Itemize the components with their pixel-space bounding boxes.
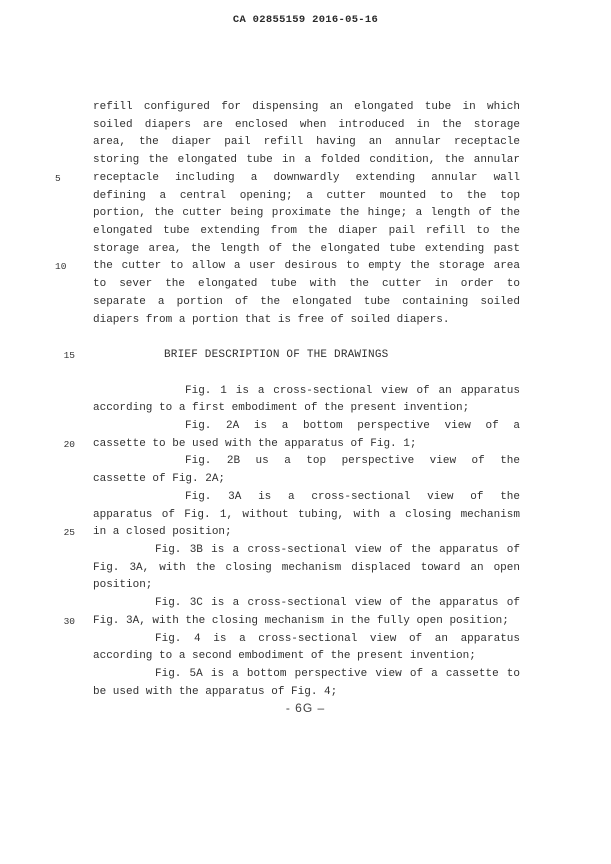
line-text: storage area, the length of the elongate… — [93, 243, 520, 255]
line-text: position; — [93, 579, 152, 591]
line-text: apparatus of Fig. 1, without tubing, wit… — [93, 509, 520, 521]
line-text: portion, the cutter being proximate the … — [93, 207, 520, 219]
blank-line — [93, 365, 520, 383]
line-number: 5 — [55, 170, 75, 188]
line-text: to sever the elongated tube with the cut… — [93, 278, 520, 290]
text-line: Fig. 5A is a bottom perspective view of … — [93, 666, 520, 684]
line-text: soiled diapers are enclosed when introdu… — [93, 119, 520, 131]
section-heading-line: 15BRIEF DESCRIPTION OF THE DRAWINGS — [93, 347, 520, 365]
text-line: defining a central opening; a cutter mou… — [93, 188, 520, 206]
text-line: according to a second embodiment of the … — [93, 648, 520, 666]
line-text: separate a portion of the elongated tube… — [93, 296, 520, 308]
line-text: in a closed position; — [93, 526, 232, 538]
text-line: storing the elongated tube in a folded c… — [93, 152, 520, 170]
line-text: according to a first embodiment of the p… — [93, 402, 469, 414]
text-line: according to a first embodiment of the p… — [93, 400, 520, 418]
text-line: area, the diaper pail refill having an a… — [93, 134, 520, 152]
text-line: soiled diapers are enclosed when introdu… — [93, 117, 520, 135]
line-text: diapers from a portion that is free of s… — [93, 314, 449, 326]
text-line: refill configured for dispensing an elon… — [93, 99, 520, 117]
text-line: 30Fig. 3A, with the closing mechanism in… — [93, 613, 520, 631]
text-line: 10the cutter to allow a user desirous to… — [93, 258, 520, 276]
text-line: portion, the cutter being proximate the … — [93, 205, 520, 223]
text-line: Fig. 1 is a cross-sectional view of an a… — [93, 383, 520, 401]
line-text: BRIEF DESCRIPTION OF THE DRAWINGS — [164, 349, 388, 361]
line-text: cassette to be used with the apparatus o… — [93, 438, 416, 450]
text-line: Fig. 2A is a bottom perspective view of … — [93, 418, 520, 436]
line-text: defining a central opening; a cutter mou… — [93, 190, 520, 202]
line-text: Fig. 2A is a bottom perspective view of … — [185, 420, 520, 432]
line-text: Fig. 3A, with the closing mechanism disp… — [93, 562, 520, 574]
text-line: apparatus of Fig. 1, without tubing, wit… — [93, 507, 520, 525]
text-line: Fig. 2B us a top perspective view of the — [93, 453, 520, 471]
line-text: Fig. 2B us a top perspective view of the — [185, 455, 520, 467]
text-line: storage area, the length of the elongate… — [93, 241, 520, 259]
text-line: Fig. 3A, with the closing mechanism disp… — [93, 560, 520, 578]
patent-document-page: CA 02855159 2016-05-16 refill configured… — [0, 0, 611, 864]
line-text: Fig. 3B is a cross-sectional view of the… — [155, 544, 520, 556]
line-number: 25 — [55, 524, 75, 542]
document-body: refill configured for dispensing an elon… — [93, 99, 520, 701]
line-text: refill configured for dispensing an elon… — [93, 101, 520, 113]
line-number: 20 — [55, 436, 75, 454]
line-text: Fig. 3A, with the closing mechanism in t… — [93, 615, 509, 627]
text-line: Fig. 3A is a cross-sectional view of the — [93, 489, 520, 507]
line-number: 15 — [55, 347, 75, 365]
line-text: elongated tube extending from the diaper… — [93, 225, 520, 237]
line-text: according to a second embodiment of the … — [93, 650, 476, 662]
line-text: Fig. 3C is a cross-sectional view of the… — [155, 597, 520, 609]
line-text: Fig. 1 is a cross-sectional view of an a… — [185, 385, 520, 397]
line-text: receptacle including a downwardly extend… — [93, 172, 520, 184]
document-id-header: CA 02855159 2016-05-16 — [0, 14, 611, 26]
line-text: cassette of Fig. 2A; — [93, 473, 225, 485]
blank-line — [93, 329, 520, 347]
text-line: to sever the elongated tube with the cut… — [93, 276, 520, 294]
text-line: position; — [93, 577, 520, 595]
text-line: 25in a closed position; — [93, 524, 520, 542]
text-line: 20cassette to be used with the apparatus… — [93, 436, 520, 454]
text-line: Fig. 3C is a cross-sectional view of the… — [93, 595, 520, 613]
page-number: - 6G – — [0, 701, 611, 715]
text-line: Fig. 4 is a cross-sectional view of an a… — [93, 631, 520, 649]
text-line: be used with the apparatus of Fig. 4; — [93, 684, 520, 702]
text-line: Fig. 3B is a cross-sectional view of the… — [93, 542, 520, 560]
text-line: cassette of Fig. 2A; — [93, 471, 520, 489]
line-number: 10 — [55, 258, 75, 276]
line-text: the cutter to allow a user desirous to e… — [93, 260, 520, 272]
line-number: 30 — [55, 613, 75, 631]
text-line: elongated tube extending from the diaper… — [93, 223, 520, 241]
line-text: Fig. 4 is a cross-sectional view of an a… — [155, 633, 520, 645]
line-text: be used with the apparatus of Fig. 4; — [93, 686, 337, 698]
line-text: Fig. 3A is a cross-sectional view of the — [185, 491, 520, 503]
text-line: 5receptacle including a downwardly exten… — [93, 170, 520, 188]
text-line: separate a portion of the elongated tube… — [93, 294, 520, 312]
line-text: storing the elongated tube in a folded c… — [93, 154, 520, 166]
text-line: diapers from a portion that is free of s… — [93, 312, 520, 330]
line-text: Fig. 5A is a bottom perspective view of … — [155, 668, 520, 680]
line-text: area, the diaper pail refill having an a… — [93, 136, 520, 148]
